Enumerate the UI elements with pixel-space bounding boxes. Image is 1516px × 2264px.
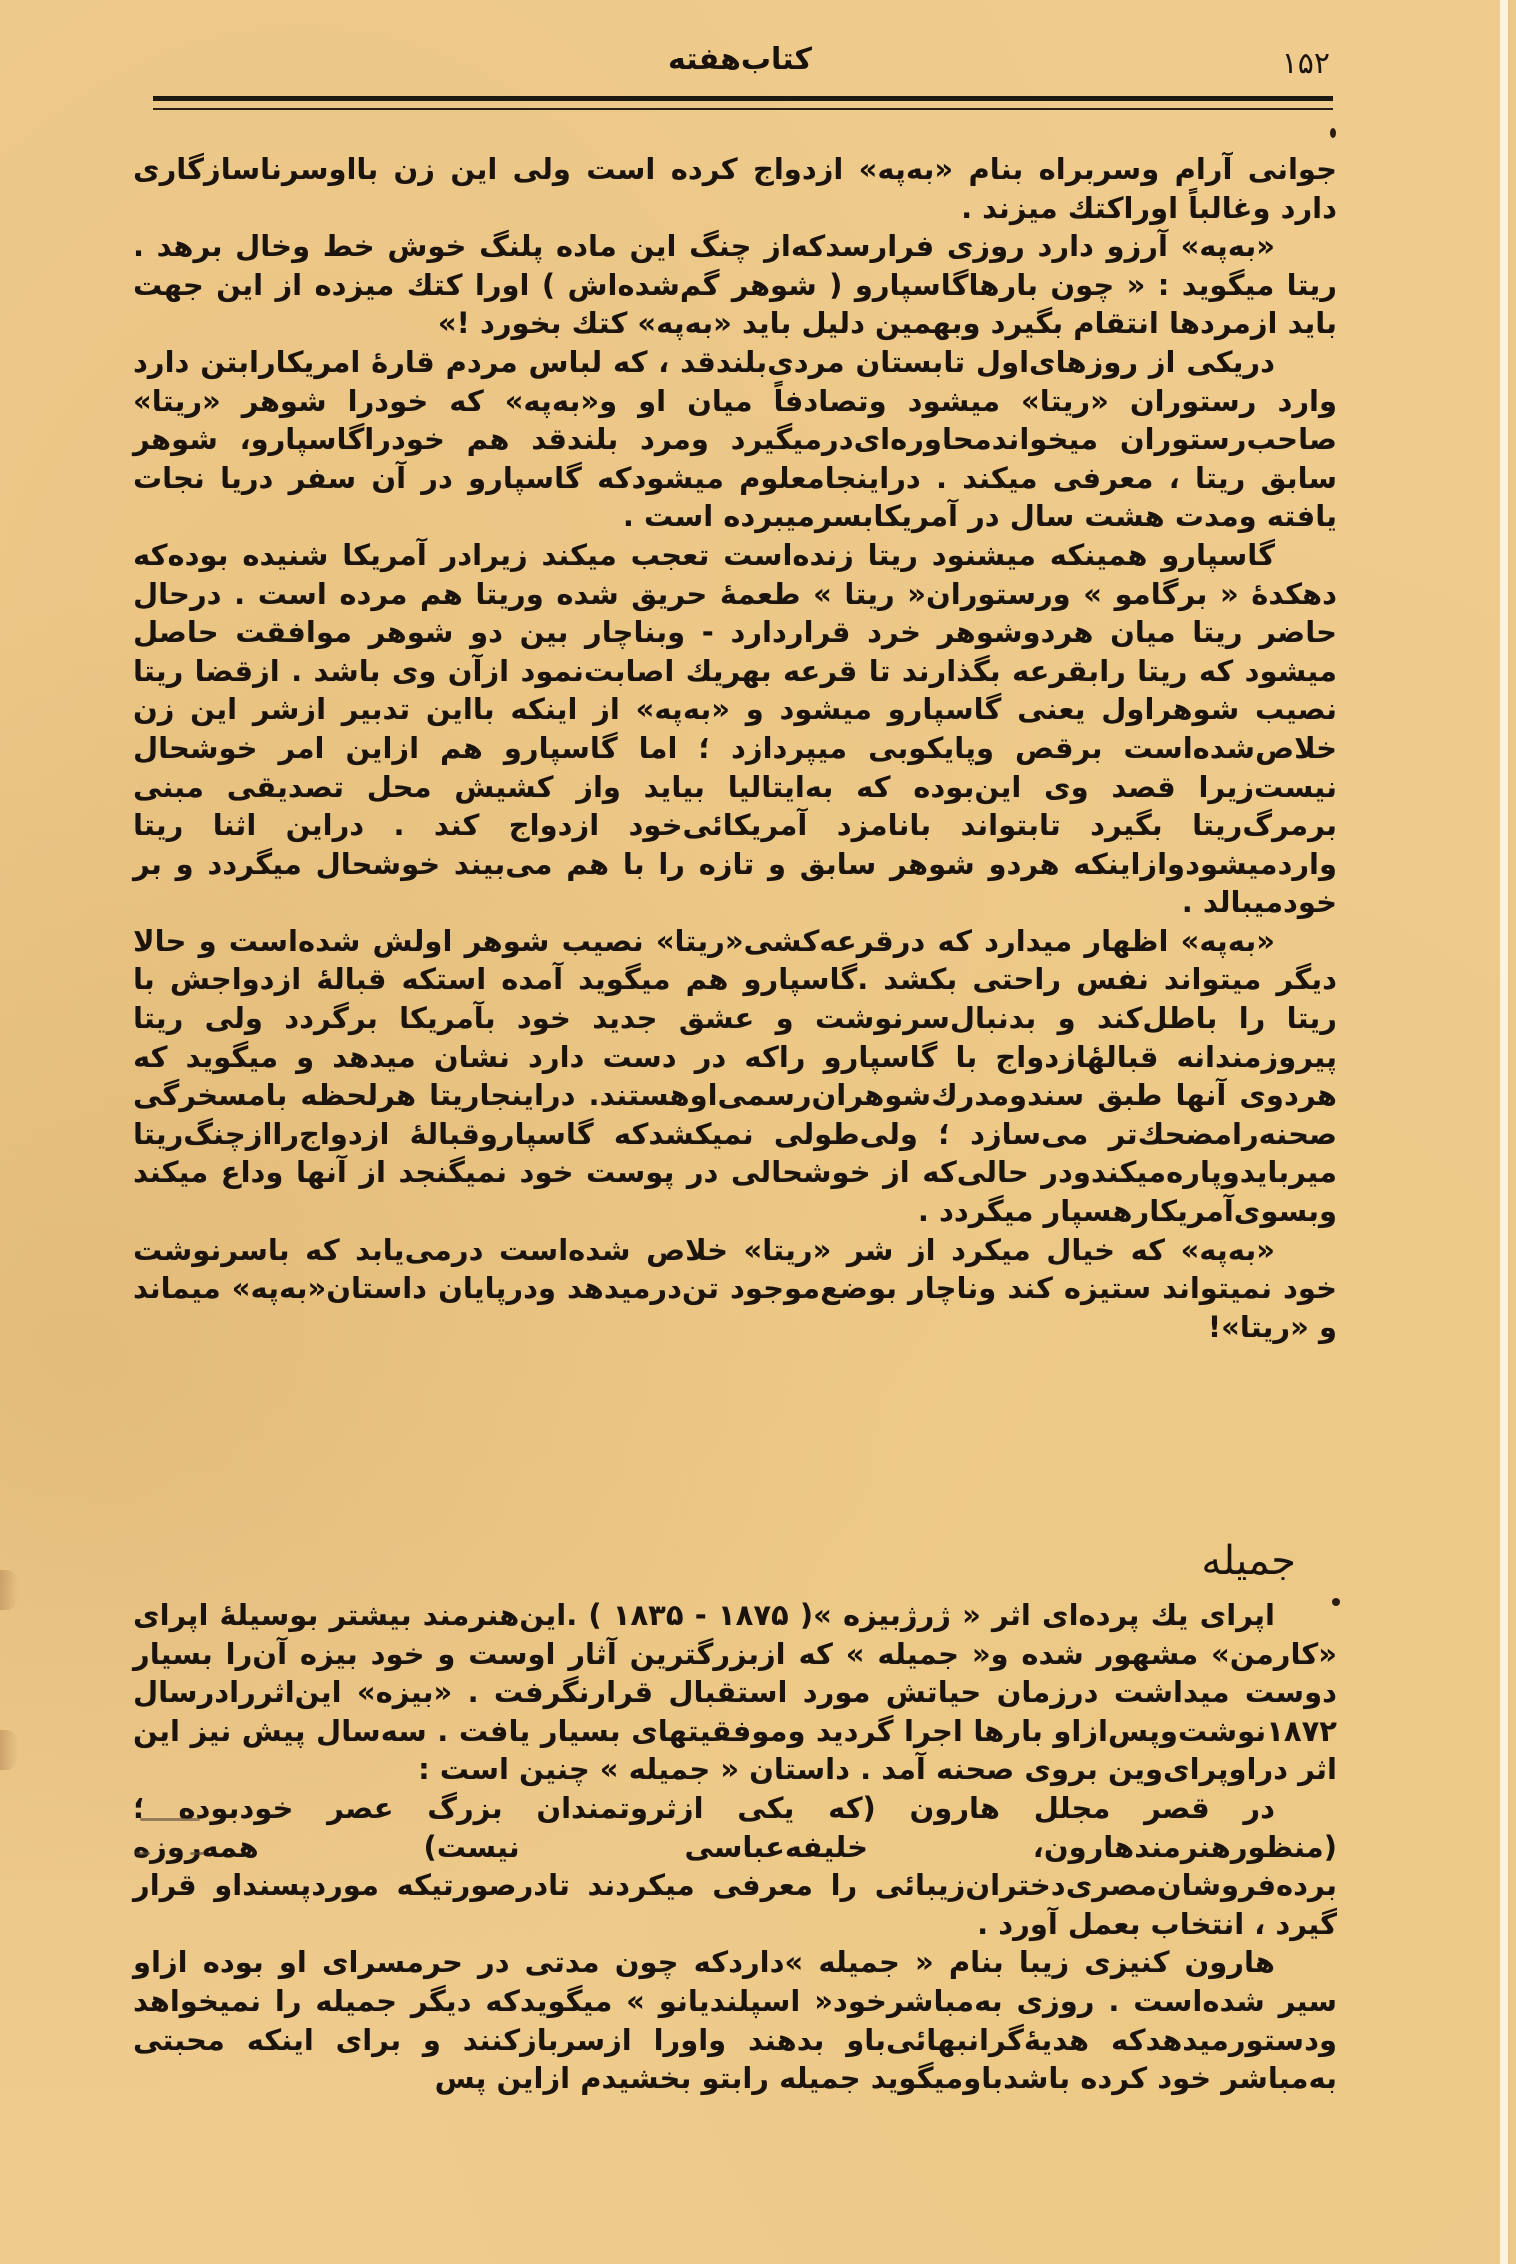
binding-mark [0,1570,18,1610]
ink-smudge [140,1818,200,1821]
binding-mark [0,1730,18,1770]
paragraph: جوانی آرام وسربراه بنام «به‌په» ازدواج ک… [133,150,1337,227]
paragraph: دریکی از روزهای‌اول تابستان مردی‌بلندقد … [133,343,1337,536]
header-rule-thin [153,108,1333,110]
paragraph: «به‌په» که خیال میکرد از شر «ریتا» خلاص … [133,1231,1337,1347]
header-rule-thick [153,96,1333,101]
page-edge [1500,0,1508,2264]
paragraph: گاسپارو همینکه میشنود ریتا زنده‌است تعجب… [133,536,1337,922]
scanned-page: ۱۵۲ کتاب‌هفته جوانی آرام وسربراه بنام «ب… [0,0,1508,2264]
paragraph: اپرای یك پرده‌ای اثر « ژرژبیزه »( ۱۸۷۵ -… [133,1596,1337,1789]
running-title: کتاب‌هفته [150,42,1330,77]
paragraph: هارون کنیزی زیبا بنام « جمیله »داردکه چو… [133,1943,1337,2097]
paragraph: «به‌په» آرزو دارد روزی فرارسدکه‌از چنگ ا… [133,227,1337,343]
ink-smudge [136,1852,150,1855]
paragraph: «به‌په» اظهار میدارد که درقرعه‌کشی«ریتا»… [133,922,1337,1231]
paragraph: در قصر مجلل هارون (که یکی ازثروتمندان بز… [133,1789,1337,1943]
section-heading: جمیله [1201,1538,1296,1584]
story-text-part2: اپرای یك پرده‌ای اثر « ژرژبیزه »( ۱۸۷۵ -… [133,1596,1337,2098]
page-header: ۱۵۲ کتاب‌هفته [150,40,1330,92]
story-text-part1: جوانی آرام وسربراه بنام «به‌په» ازدواج ک… [133,150,1337,1346]
ink-mark [1330,128,1336,138]
ink-smudge [190,1852,204,1855]
